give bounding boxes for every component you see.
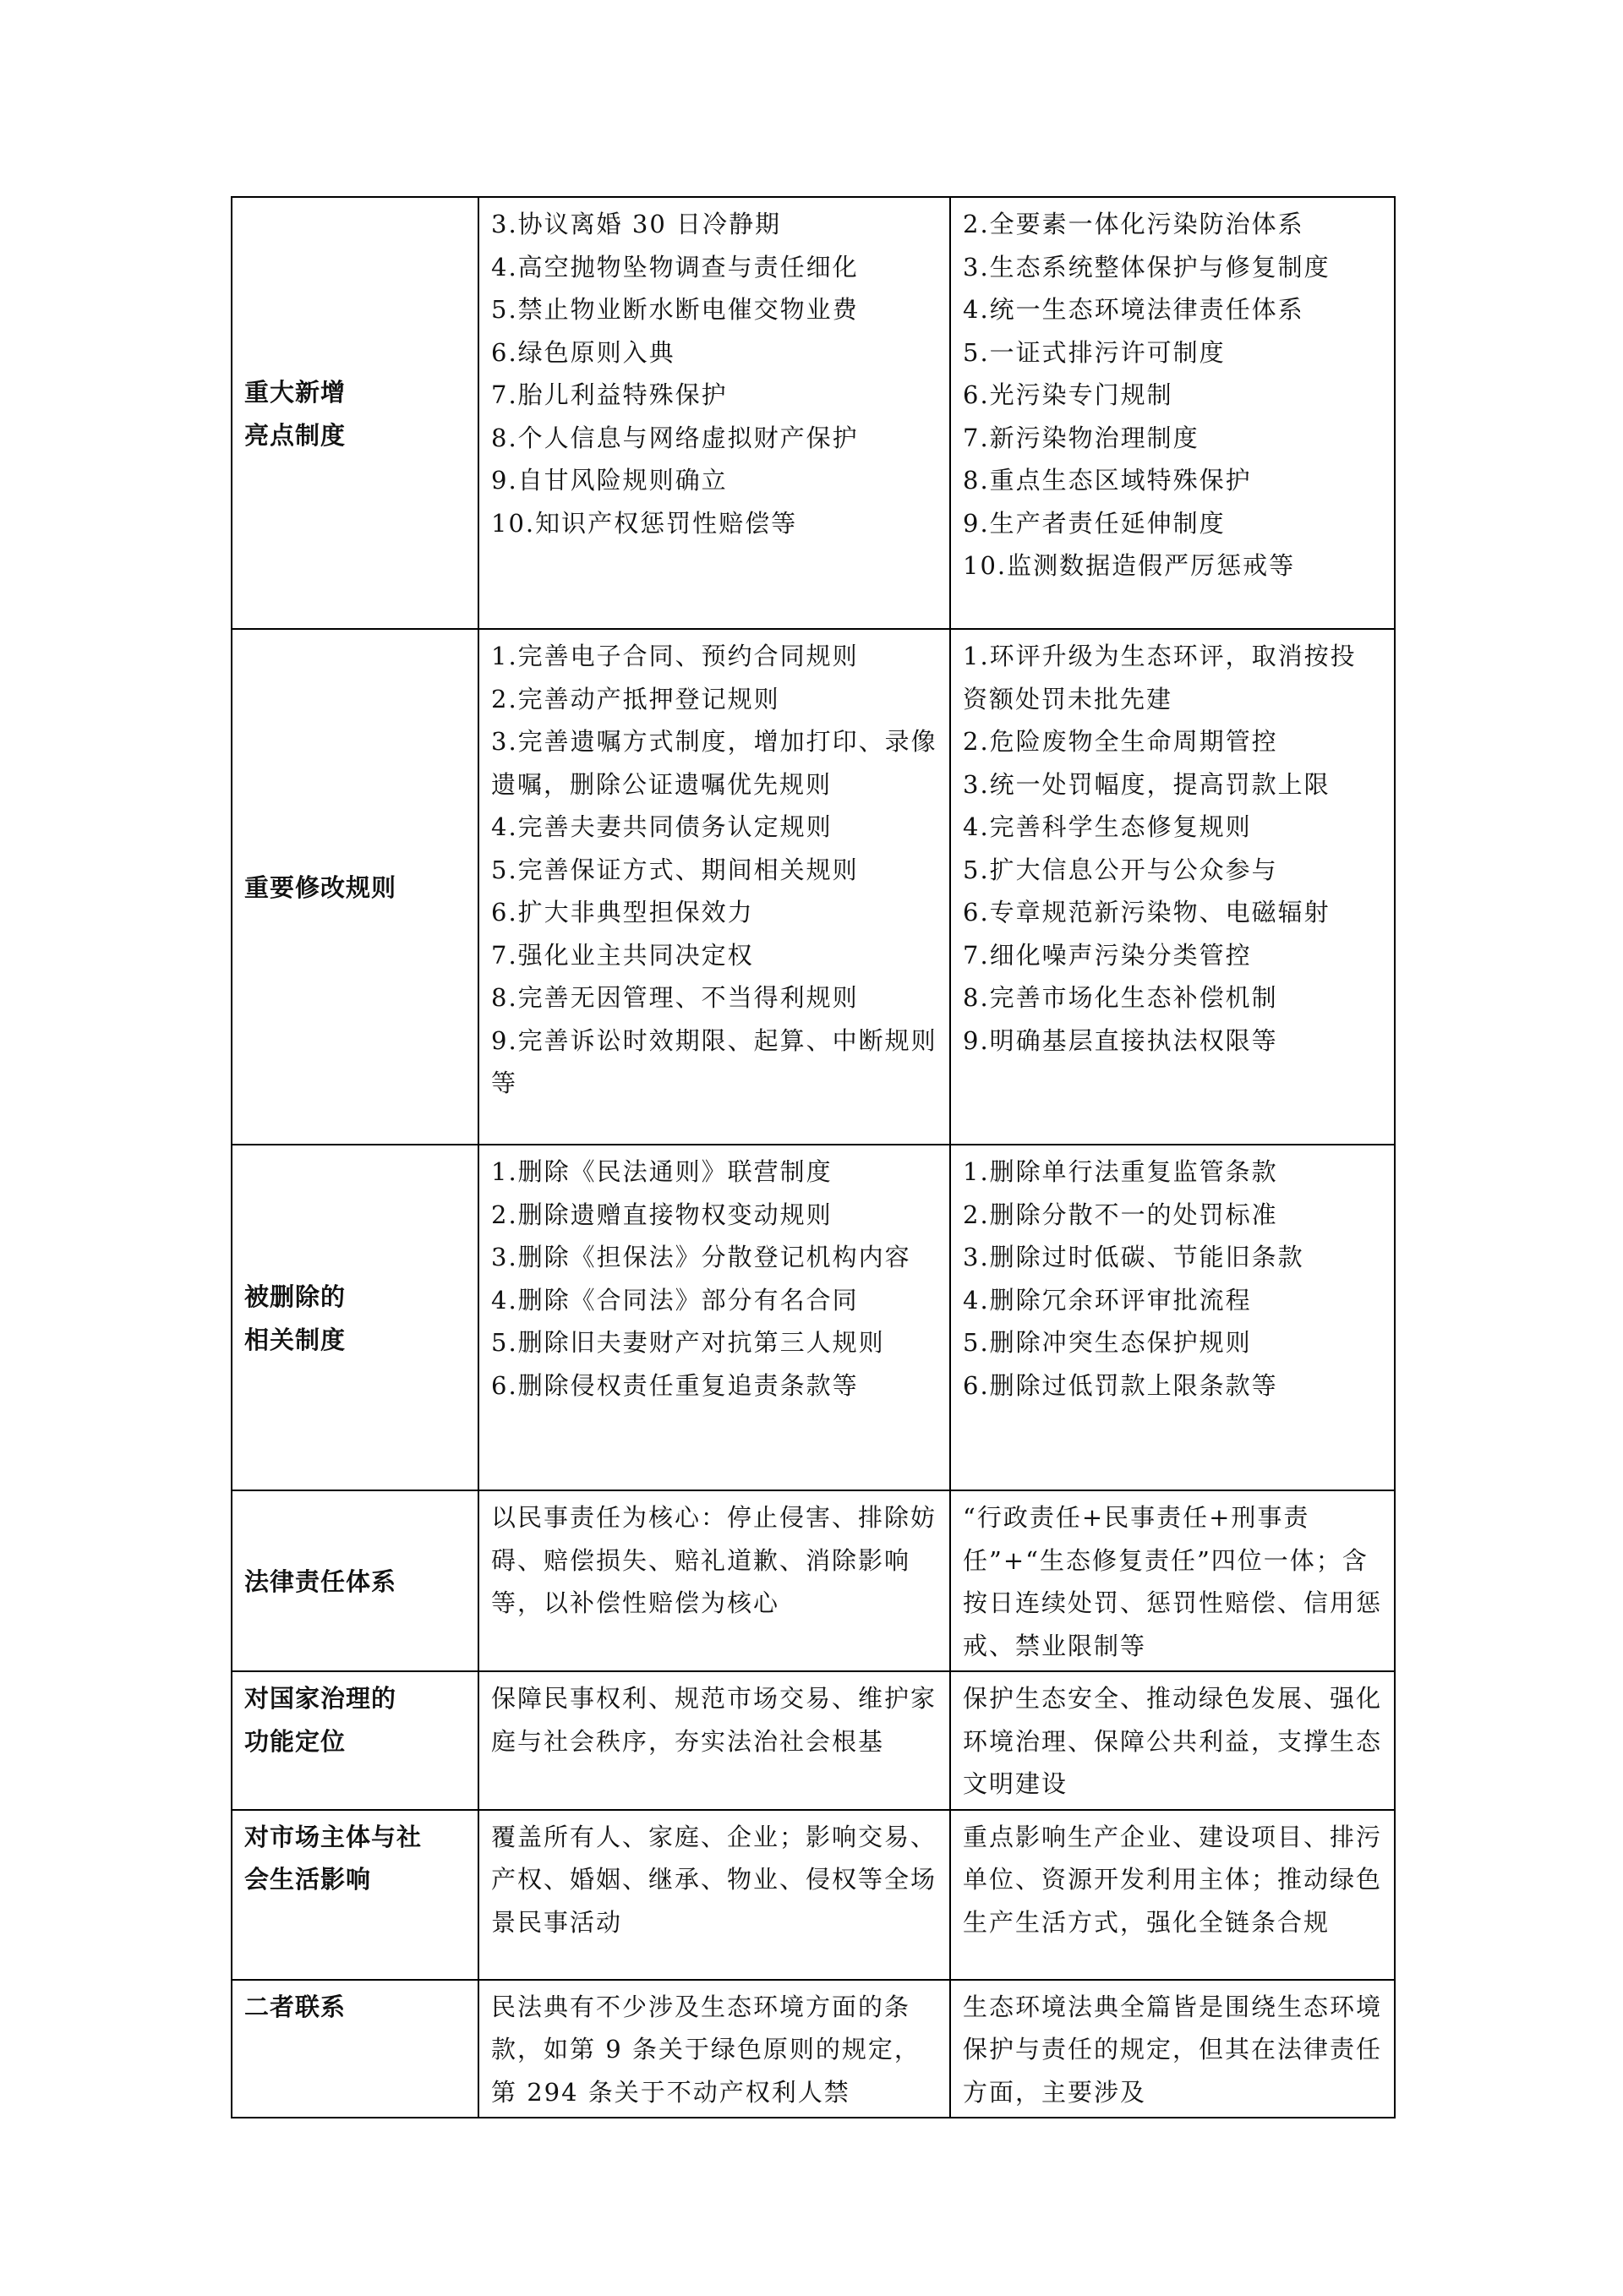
eco-code-cell: “行政责任+民事责任+刑事责任”+“生态修复责任”四位一体；含按日连续处罚、惩罚…	[950, 1490, 1395, 1671]
list-item: 10.监测数据造假严厉惩戒等	[963, 544, 1382, 588]
row-label-cell: 重要修改规则	[232, 629, 478, 1145]
eco-code-cell: 2.全要素一体化污染防治体系 3.生态系统整体保护与修复制度 4.统一生态环境法…	[950, 197, 1395, 629]
cell-text: 民法典有不少涉及生态环境方面的条款，如第 9 条关于绿色原则的规定，第 294 …	[491, 1986, 937, 2114]
list-item: 9.自甘风险规则确立	[491, 459, 937, 502]
cell-text: 重点影响生产企业、建设项目、排污单位、资源开发利用主体；推动绿色生产生活方式，强…	[963, 1816, 1382, 1944]
row-label: 对市场主体与社	[244, 1816, 466, 1859]
list-item: 8.完善市场化生态补偿机制	[963, 976, 1382, 1020]
cell-text: 覆盖所有人、家庭、企业；影响交易、产权、婚姻、继承、物业、侵权等全场景民事活动	[491, 1816, 937, 1944]
eco-code-cell: 生态环境法典全篇皆是围绕生态环境保护与责任的规定，但其在法律责任方面，主要涉及	[950, 1980, 1395, 2118]
cell-text: 以民事责任为核心：停止侵害、排除妨碍、赔偿损失、赔礼道歉、消除影响等，以补偿性赔…	[491, 1496, 937, 1625]
row-label-cell: 二者联系	[232, 1980, 478, 2118]
eco-code-cell: 重点影响生产企业、建设项目、排污单位、资源开发利用主体；推动绿色生产生活方式，强…	[950, 1810, 1395, 1980]
list-item: 3.完善遗嘱方式制度，增加打印、录像遗嘱，删除公证遗嘱优先规则	[491, 720, 937, 806]
list-item: 8.完善无因管理、不当得利规则	[491, 976, 937, 1020]
list-item: 4.删除冗余环评审批流程	[963, 1279, 1382, 1322]
row-label: 对国家治理的	[244, 1677, 466, 1720]
eco-code-cell: 保护生态安全、推动绿色发展、强化环境治理、保障公共利益，支撑生态文明建设	[950, 1671, 1395, 1810]
civil-code-cell: 1.完善电子合同、预约合同规则 2.完善动产抵押登记规则 3.完善遗嘱方式制度，…	[478, 629, 950, 1145]
table-row-deleted-systems: 被删除的 相关制度 1.删除《民法通则》联营制度 2.删除遗赠直接物权变动规则 …	[232, 1145, 1395, 1490]
list-item: 7.新污染物治理制度	[963, 417, 1382, 460]
list-item: 4.统一生态环境法律责任体系	[963, 288, 1382, 331]
cell-text: “行政责任+民事责任+刑事责任”+“生态修复责任”四位一体；含按日连续处罚、惩罚…	[963, 1496, 1382, 1667]
table-row-national-governance-role: 对国家治理的 功能定位 保障民事权利、规范市场交易、维护家庭与社会秩序，夯实法治…	[232, 1671, 1395, 1810]
list-item: 4.删除《合同法》部分有名合同	[491, 1279, 937, 1322]
table-row-important-revised-rules: 重要修改规则 1.完善电子合同、预约合同规则 2.完善动产抵押登记规则 3.完善…	[232, 629, 1395, 1145]
list-item: 6.光污染专门规制	[963, 374, 1382, 417]
row-label-cell: 被删除的 相关制度	[232, 1145, 478, 1490]
list-item: 3.生态系统整体保护与修复制度	[963, 246, 1382, 289]
list-item: 6.删除侵权责任重复追责条款等	[491, 1364, 937, 1408]
cell-text: 生态环境法典全篇皆是围绕生态环境保护与责任的规定，但其在法律责任方面，主要涉及	[963, 1986, 1382, 2114]
list-item: 7.细化噪声污染分类管控	[963, 934, 1382, 977]
row-label: 被删除的	[244, 1276, 466, 1319]
row-label: 亮点制度	[244, 414, 466, 457]
cell-text: 保障民事权利、规范市场交易、维护家庭与社会秩序，夯实法治社会根基	[491, 1677, 937, 1763]
list-item: 4.完善科学生态修复规则	[963, 806, 1382, 849]
row-label-cell: 法律责任体系	[232, 1490, 478, 1671]
list-item: 2.删除分散不一的处罚标准	[963, 1194, 1382, 1237]
list-item: 5.一证式排污许可制度	[963, 331, 1382, 374]
list-item: 1.环评升级为生态环评，取消按投资额处罚未批先建	[963, 635, 1382, 720]
list-item: 5.完善保证方式、期间相关规则	[491, 849, 937, 892]
row-label: 重要修改规则	[244, 866, 466, 910]
list-item: 1.删除《民法通则》联营制度	[491, 1151, 937, 1194]
cell-text: 保护生态安全、推动绿色发展、强化环境治理、保障公共利益，支撑生态文明建设	[963, 1677, 1382, 1806]
civil-code-cell: 以民事责任为核心：停止侵害、排除妨碍、赔偿损失、赔礼道歉、消除影响等，以补偿性赔…	[478, 1490, 950, 1671]
list-item: 6.绿色原则入典	[491, 331, 937, 374]
document-page: 重大新增 亮点制度 3.协议离婚 30 日冷静期 4.高空抛物坠物调查与责任细化…	[0, 0, 1623, 2296]
list-item: 3.统一处罚幅度，提高罚款上限	[963, 763, 1382, 806]
list-item: 10.知识产权惩罚性赔偿等	[491, 502, 937, 545]
list-item: 2.危险废物全生命周期管控	[963, 720, 1382, 763]
table-row-major-new-highlights: 重大新增 亮点制度 3.协议离婚 30 日冷静期 4.高空抛物坠物调查与责任细化…	[232, 197, 1395, 629]
row-label: 二者联系	[244, 1986, 466, 2029]
list-item: 4.高空抛物坠物调查与责任细化	[491, 246, 937, 289]
eco-code-cell: 1.环评升级为生态环评，取消按投资额处罚未批先建 2.危险废物全生命周期管控 3…	[950, 629, 1395, 1145]
list-item: 7.强化业主共同决定权	[491, 934, 937, 977]
list-item: 8.重点生态区域特殊保护	[963, 459, 1382, 502]
civil-code-cell: 民法典有不少涉及生态环境方面的条款，如第 9 条关于绿色原则的规定，第 294 …	[478, 1980, 950, 2118]
list-item: 5.删除旧夫妻财产对抗第三人规则	[491, 1321, 937, 1364]
list-item: 8.个人信息与网络虚拟财产保护	[491, 417, 937, 460]
list-item: 3.删除《担保法》分散登记机构内容	[491, 1236, 937, 1279]
list-item: 7.胎儿利益特殊保护	[491, 374, 937, 417]
list-item: 5.删除冲突生态保护规则	[963, 1321, 1382, 1364]
list-item: 4.完善夫妻共同债务认定规则	[491, 806, 937, 849]
row-label: 相关制度	[244, 1319, 466, 1362]
table-row-impact-on-market-and-society: 对市场主体与社 会生活影响 覆盖所有人、家庭、企业；影响交易、产权、婚姻、继承、…	[232, 1810, 1395, 1980]
list-item: 1.删除单行法重复监管条款	[963, 1151, 1382, 1194]
row-label-cell: 重大新增 亮点制度	[232, 197, 478, 629]
list-item: 5.禁止物业断水断电催交物业费	[491, 288, 937, 331]
list-item: 1.完善电子合同、预约合同规则	[491, 635, 937, 678]
list-item: 3.协议离婚 30 日冷静期	[491, 203, 937, 246]
row-label: 法律责任体系	[244, 1561, 466, 1604]
table-row-relationship-between-two: 二者联系 民法典有不少涉及生态环境方面的条款，如第 9 条关于绿色原则的规定，第…	[232, 1980, 1395, 2118]
list-item: 9.生产者责任延伸制度	[963, 502, 1382, 545]
row-label: 功能定位	[244, 1720, 466, 1763]
list-item: 9.完善诉讼时效期限、起算、中断规则等	[491, 1020, 937, 1105]
civil-code-cell: 1.删除《民法通则》联营制度 2.删除遗赠直接物权变动规则 3.删除《担保法》分…	[478, 1145, 950, 1490]
table-row-legal-liability-system: 法律责任体系 以民事责任为核心：停止侵害、排除妨碍、赔偿损失、赔礼道歉、消除影响…	[232, 1490, 1395, 1671]
list-item: 6.扩大非典型担保效力	[491, 891, 937, 934]
civil-code-cell: 保障民事权利、规范市场交易、维护家庭与社会秩序，夯实法治社会根基	[478, 1671, 950, 1810]
comparison-table: 重大新增 亮点制度 3.协议离婚 30 日冷静期 4.高空抛物坠物调查与责任细化…	[231, 196, 1396, 2118]
list-item: 2.全要素一体化污染防治体系	[963, 203, 1382, 246]
list-item: 9.明确基层直接执法权限等	[963, 1020, 1382, 1063]
eco-code-cell: 1.删除单行法重复监管条款 2.删除分散不一的处罚标准 3.删除过时低碳、节能旧…	[950, 1145, 1395, 1490]
civil-code-cell: 3.协议离婚 30 日冷静期 4.高空抛物坠物调查与责任细化 5.禁止物业断水断…	[478, 197, 950, 629]
civil-code-cell: 覆盖所有人、家庭、企业；影响交易、产权、婚姻、继承、物业、侵权等全场景民事活动	[478, 1810, 950, 1980]
list-item: 5.扩大信息公开与公众参与	[963, 849, 1382, 892]
row-label: 会生活影响	[244, 1858, 466, 1901]
list-item: 2.完善动产抵押登记规则	[491, 678, 937, 721]
list-item: 2.删除遗赠直接物权变动规则	[491, 1194, 937, 1237]
row-label-cell: 对国家治理的 功能定位	[232, 1671, 478, 1810]
list-item: 3.删除过时低碳、节能旧条款	[963, 1236, 1382, 1279]
list-item: 6.删除过低罚款上限条款等	[963, 1364, 1382, 1408]
list-item: 6.专章规范新污染物、电磁辐射	[963, 891, 1382, 934]
row-label: 重大新增	[244, 371, 466, 414]
row-label-cell: 对市场主体与社 会生活影响	[232, 1810, 478, 1980]
